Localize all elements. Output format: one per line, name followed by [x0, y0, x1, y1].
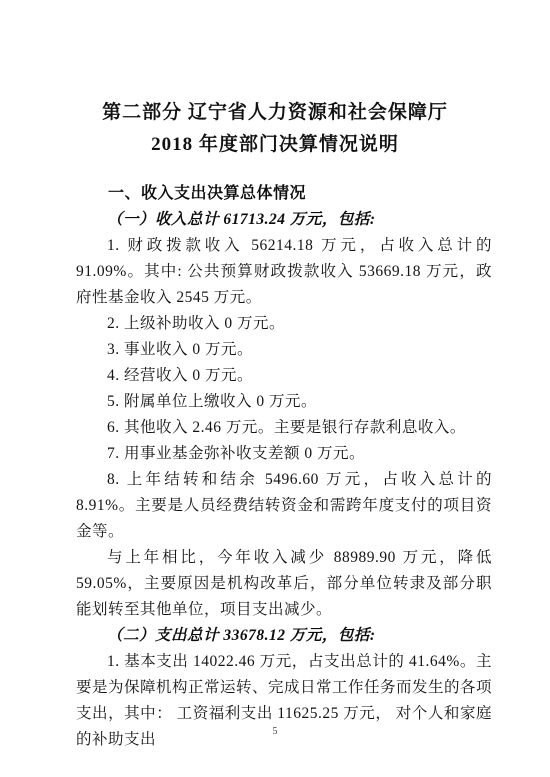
section-heading: 一、收入支出决算总体情况	[76, 181, 492, 207]
document-page: 第二部分 辽宁省人力资源和社会保障厅 2018 年度部门决算情况说明 一、收入支…	[0, 0, 550, 777]
paragraph: 8. 上年结转和结余 5496.60 万元，占收入总计的 8.91%。主要是人员…	[76, 467, 492, 545]
document-title: 第二部分 辽宁省人力资源和社会保障厅 2018 年度部门决算情况说明	[0, 0, 550, 161]
title-line-1: 第二部分 辽宁省人力资源和社会保障厅	[0, 97, 550, 129]
paragraph: 1. 基本支出 14022.46 万元，占支出总计的 41.64%。主要是为保障…	[76, 649, 492, 753]
title-line-2: 2018 年度部门决算情况说明	[0, 129, 550, 161]
paragraph: 5. 附属单位上缴收入 0 万元。	[76, 389, 492, 415]
paragraph: 3. 事业收入 0 万元。	[76, 337, 492, 363]
paragraph: 1. 财政拨款收入 56214.18 万元，占收入总计的 91.09%。其中: …	[76, 233, 492, 311]
paragraph: 7. 用事业基金弥补收支差额 0 万元。	[76, 441, 492, 467]
paragraph: 4. 经营收入 0 万元。	[76, 363, 492, 389]
subsection-heading-expenditure: （二）支出总计 33678.12 万元，包括:	[76, 623, 492, 649]
paragraph: 2. 上级补助收入 0 万元。	[76, 311, 492, 337]
subsection-heading-income: （一）收入总计 61713.24 万元，包括:	[76, 207, 492, 233]
paragraph: 6. 其他收入 2.46 万元。主要是银行存款利息收入。	[76, 415, 492, 441]
paragraph: 与上年相比，今年收入减少 88989.90 万元，降低 59.05%，主要原因是…	[76, 545, 492, 623]
document-body: 一、收入支出决算总体情况 （一）收入总计 61713.24 万元，包括: 1. …	[0, 181, 550, 753]
page-number: 5	[0, 726, 550, 737]
